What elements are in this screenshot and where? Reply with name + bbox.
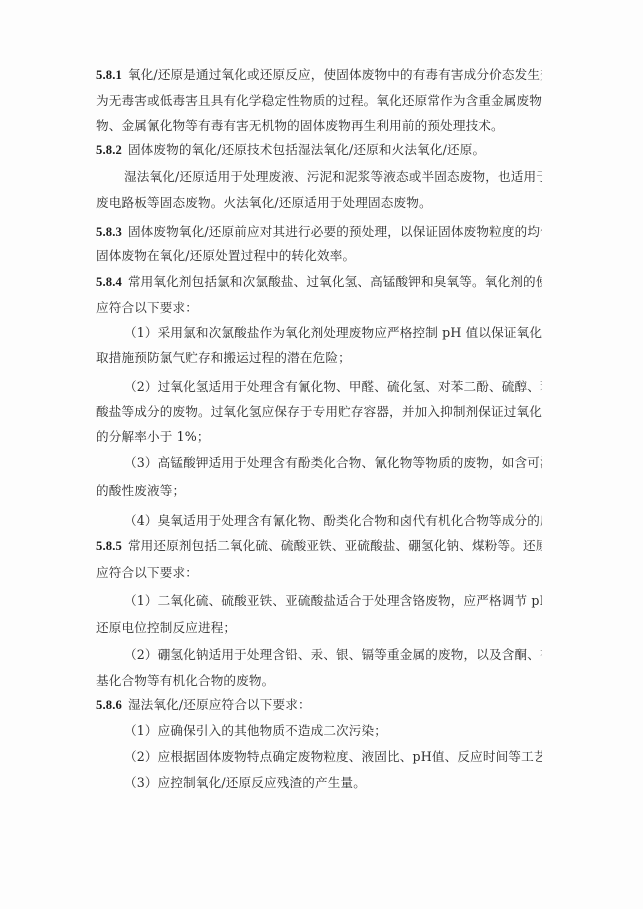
clause-5-8-4-item-2-line-1: （2）过氧化氢适用于处理含有氰化物、甲醛、硫化氢、对苯二酚、硫醇、苯酚和亚硫 bbox=[124, 378, 542, 396]
clause-5-8-2-paragraph-line-2: 废电路板等固态废物。火法氧化/还原适用于处理固态废物。 bbox=[96, 194, 542, 212]
clause-5-8-3-line-2: 固体废物在氧化/还原处置过程中的转化效率。 bbox=[96, 247, 542, 265]
clause-number: 5.8.1 bbox=[96, 68, 122, 82]
clause-5-8-5-line-2: 应符合以下要求： bbox=[96, 564, 542, 582]
clause-number: 5.8.6 bbox=[96, 698, 122, 712]
clause-5-8-5-item-1-line-1: （1）二氧化硫、硫酸亚铁、亚硫酸盐适合于处理含铬废物，应严格调节 pH 值和氧化… bbox=[124, 592, 542, 610]
clause-5-8-4-item-2-line-2: 酸盐等成分的废物。过氧化氢应保存于专用贮存容器，并加入抑制剂保证过氧化氢贮存过程 bbox=[96, 403, 542, 421]
clause-5-8-4-item-4: （4）臭氧适用于处理含有氰化物、酚类化合物和卤代有机化合物等成分的废物。 bbox=[124, 512, 542, 530]
clause-5-8-6-item-1: （1）应确保引入的其他物质不造成二次污染； bbox=[124, 722, 542, 740]
clause-5-8-6-line-1: 5.8.6湿法氧化/还原应符合以下要求： bbox=[96, 696, 542, 714]
clause-number: 5.8.5 bbox=[96, 539, 122, 553]
clause-5-8-2-paragraph-line-1: 湿法氧化/还原适用于处理废液、污泥和泥浆等液态或半固态废物，也适用于酸法处理 bbox=[124, 168, 542, 186]
clause-5-8-2-line-1: 5.8.2固体废物的氧化/还原技术包括湿法氧化/还原和火法氧化/还原。 bbox=[96, 141, 542, 159]
clause-5-8-5-item-2-line-1: （2）硼氢化钠适用于处理含铅、汞、银、镉等重金属的废物，以及含酮、有机酸、氨 bbox=[124, 646, 542, 664]
clause-5-8-1-line-1: 5.8.1氧化/还原是通过氧化或还原反应，使固体废物中的有毒有害成分价态发生变化… bbox=[96, 66, 542, 84]
clause-5-8-4-item-3-line-2: 的酸性废液等； bbox=[96, 482, 542, 500]
clause-5-8-3-line-1: 5.8.3固体废物氧化/还原前应对其进行必要的预处理，以保证固体废物粒度的均匀性… bbox=[96, 223, 542, 241]
clause-5-8-4-line-2: 应符合以下要求： bbox=[96, 299, 542, 317]
clause-number: 5.8.4 bbox=[96, 275, 122, 289]
clause-5-8-6-item-2: （2）应根据固体废物特点确定废物粒度、液固比、pH值、反应时间等工艺参数； bbox=[124, 748, 542, 766]
clause-number: 5.8.2 bbox=[96, 143, 122, 157]
clause-5-8-1-line-2: 为无毒害或低毒害且具有化学稳定性物质的过程。氧化还原常作为含重金属废物、金属硫化 bbox=[96, 92, 542, 110]
clause-number: 5.8.3 bbox=[96, 225, 122, 239]
clause-5-8-4-item-1-line-2: 取措施预防氯气贮存和搬运过程的潜在危险； bbox=[96, 349, 542, 367]
clause-5-8-5-item-2-line-2: 基化合物等有机化合物的废物。 bbox=[96, 672, 542, 690]
document-page: 5.8.1氧化/还原是通过氧化或还原反应，使固体废物中的有毒有害成分价态发生变化… bbox=[0, 0, 643, 909]
clause-5-8-5-line-1: 5.8.5常用还原剂包括二氧化硫、硫酸亚铁、亚硫酸盐、硼氢化钠、煤粉等。还原剂的… bbox=[96, 537, 542, 555]
clause-5-8-6-item-3: （3）应控制氧化/还原反应残渣的产生量。 bbox=[124, 774, 542, 792]
clause-5-8-4-item-3-line-1: （3）高锰酸钾适用于处理含有酚类化合物、氰化物等物质的废物，如含可溶性铁和锰 bbox=[124, 454, 542, 472]
clause-5-8-5-item-1-line-2: 还原电位控制反应进程； bbox=[96, 619, 542, 637]
clause-5-8-4-item-2-line-3: 的分解率小于 1%； bbox=[96, 428, 542, 446]
clause-5-8-1-line-3: 物、金属氰化物等有毒有害无机物的固体废物再生利用前的预处理技术。 bbox=[96, 117, 542, 135]
clause-5-8-4-line-1: 5.8.4常用氧化剂包括氯和次氯酸盐、过氧化氢、高锰酸钾和臭氧等。氧化剂的使用、… bbox=[96, 273, 542, 291]
clause-5-8-4-item-1-line-1: （1）采用氯和次氯酸盐作为氧化剂处理废物应严格控制 pH 值以保证氧化效果。应采 bbox=[124, 324, 542, 342]
